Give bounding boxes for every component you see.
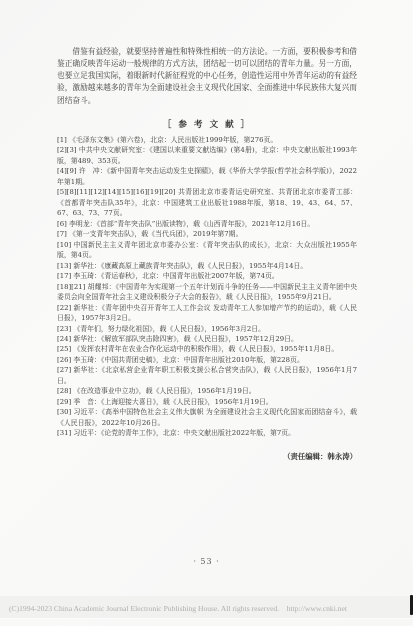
references-header: ［ 参 考 文 献 ］ — [57, 118, 357, 130]
references-list: [1] 《毛泽东文集》(第六卷)，北京：人民出版社1999年版，第276页。[2… — [57, 135, 357, 439]
footer-band: (C)1994-2023 China Academic Journal Elec… — [0, 596, 413, 619]
reference-item: [30] 习近平：《高举中国特色社会主义伟大旗帜 为全面建设社会主义现代化国家而… — [57, 407, 357, 428]
reference-item: [10] 中国新民主主义青年团北京市委办公室：《青年突击队的成长》，北京：大众出… — [57, 240, 357, 261]
intro-paragraph: 借鉴有益经验，就要坚持普遍性和特殊性相统一的方法论。一方面，要积极参考和借鉴正确… — [57, 46, 357, 107]
reference-item: [27] 新华社：《北京私营企业青年职工积极支援公私合营突击队》，载《人民日报》… — [57, 365, 357, 386]
reference-item: [17] 李玉琦：《青运春秋》，北京：中国青年出版社2007年版，第74页。 — [57, 271, 357, 281]
reference-item: [6] 李明龙：《首部“青年突击队”出版读物》，载《山西青年报》，2021年12… — [57, 219, 357, 229]
reference-item: [28] 《在改造事业中立功》，载《人民日报》，1956年1月19日。 — [57, 386, 357, 396]
reference-item: [24] 新华社：《解放军部队突击除四害》，载《人民日报》，1957年12月29… — [57, 334, 357, 344]
reference-item: [1] 《毛泽东文集》(第六卷)，北京：人民出版社1999年版，第276页。 — [57, 135, 357, 145]
reference-item: [7] 《第一支青年突击队》，载《当代兵团》，2019年第7期。 — [57, 229, 357, 239]
reference-item: [23] 《青年们，努力绿化祖国》，载《人民日报》，1956年3月2日。 — [57, 324, 357, 334]
reference-item: [13] 新华社：《康藏高原上藏族青年突击队》，载《人民日报》，1955年4月1… — [57, 261, 357, 271]
copyright-text: (C)1994-2023 China Academic Journal Elec… — [9, 603, 347, 614]
reference-item: [2][3] 中共中央文献研究室：《建国以来重要文献选编》(第4册)，北京：中央… — [57, 145, 357, 166]
reference-item: [25] 《发挥农村青年在农业合作化运动中的积极作用》，载《人民日报》，1955… — [57, 344, 357, 354]
reference-item: [31] 习近平：《论党的青年工作》，北京：中央文献出版社2022年版，第7页。 — [57, 428, 357, 438]
editor-note: （责任编辑：韩永涛） — [57, 451, 357, 462]
reference-item: [18][21] 胡耀邦：《中国青年为实现第一个五年计划而斗争的任务——中国新民… — [57, 282, 357, 303]
reference-item: [22] 新华社：《青年团中央召开青年工人工作会议 发动青年工人参加增产节约的运… — [57, 303, 357, 324]
reference-item: [29] 季 音：《上海迎接大喜日》，载《人民日报》，1956年1月19日。 — [57, 397, 357, 407]
page-content: 借鉴有益经验，就要坚持普遍性和特殊性相统一的方法论。一方面，要积极参考和借鉴正确… — [57, 46, 357, 462]
journal-page: 借鉴有益经验，就要坚持普遍性和特殊性相统一的方法论。一方面，要积极参考和借鉴正确… — [0, 0, 413, 626]
reference-item: [26] 李玉琦：《中国共青团史稿》，北京：中国青年出版社2010年版，第228… — [57, 355, 357, 365]
reference-item: [4][9] 许 冲：《新中国青年突击运动发生史探赜》，载《华侨大学学报(哲学社… — [57, 166, 357, 187]
reference-item: [5][8][11][12][14][15][16][19][20] 共青团北京… — [57, 187, 357, 218]
page-number: · 53 · — [0, 557, 413, 566]
